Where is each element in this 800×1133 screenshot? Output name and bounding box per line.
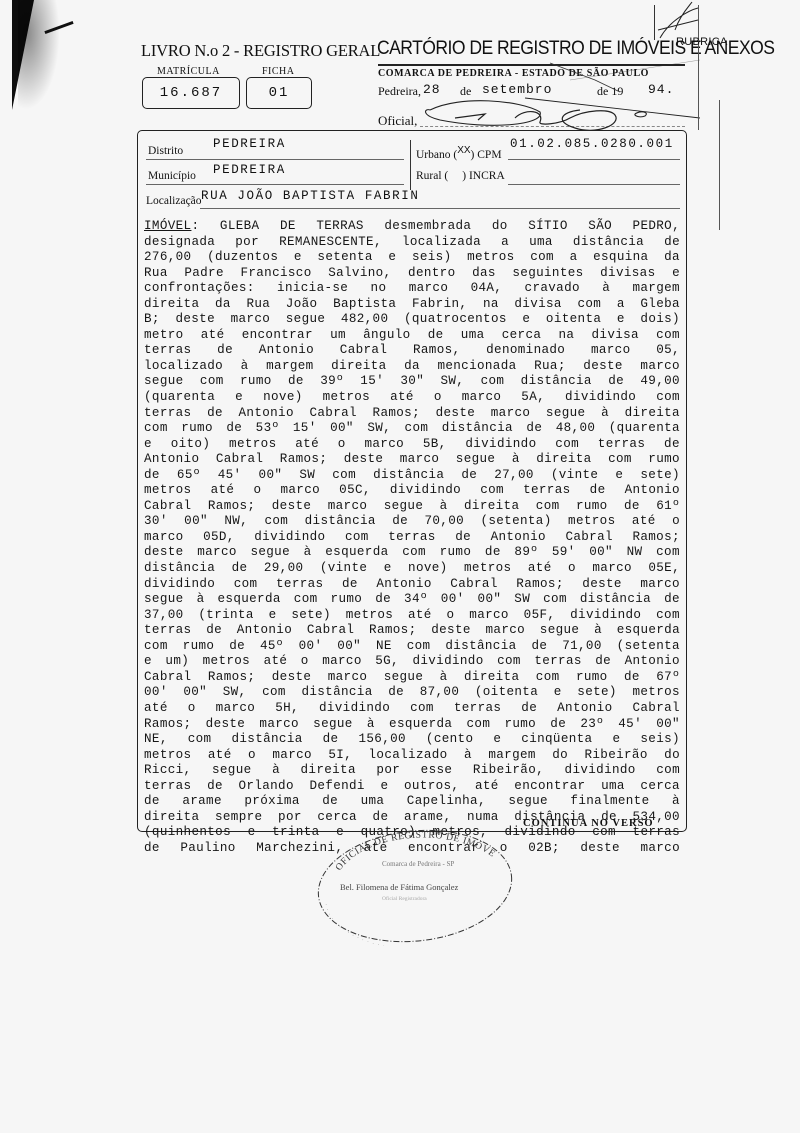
description-line: 30'00"NW,comdistânciade70,00(setenta)met… xyxy=(144,514,680,530)
description-line: CabralRamos;destemarcosegueàdireitacomru… xyxy=(144,670,680,686)
urbano-label: Urbano (XX) CPM xyxy=(416,145,502,161)
description-line: eoito)metrosatéomarco5B,dividindocomterr… xyxy=(144,437,680,453)
ficha-value: 01 xyxy=(269,85,290,101)
description-line: NE,comdistânciade156,00(centoecinqüentae… xyxy=(144,732,680,748)
description-line: confrontações:inicia-senomarco04A,cravad… xyxy=(144,281,680,297)
description-line: 37,00(trintaesete)metrosatéomarco05F,div… xyxy=(144,608,680,624)
municipio-underline xyxy=(146,184,404,185)
stamp-role-text: Oficial Registradora xyxy=(382,895,427,902)
ficha-field: 01 xyxy=(246,77,312,109)
ficha-label: FICHA xyxy=(262,66,295,77)
description-line: distânciade29,00(vinteenove)metrosatéoma… xyxy=(144,561,680,577)
description-line: seguecomrumode39º15'30"SW,comdistânciade… xyxy=(144,374,680,390)
municipio-value: PEDREIRA xyxy=(213,163,286,177)
localizacao-label: Localização xyxy=(146,195,202,207)
municipio-label: Município xyxy=(148,170,196,182)
localizacao-underline xyxy=(200,208,680,209)
description-line: dividindocomterrasdeAntonioCabralRamos;d… xyxy=(144,577,680,593)
description-line: atéomarco5H,dividindocomterrasdeAntonioC… xyxy=(144,701,680,717)
description-line: 00'00"SW,comdistânciade87,00(oitentaeset… xyxy=(144,685,680,701)
distrito-underline xyxy=(146,159,404,160)
description-line: eum)metrosatéomarco5G,dividindocomterras… xyxy=(144,654,680,670)
description-line: AntonioCabralRamos;destemarcosegueàdirei… xyxy=(144,452,680,468)
continua-no-verso: CONTINUA NO VERSO xyxy=(523,818,654,829)
description-line: metroatéencontrarumângulodeumacercanadiv… xyxy=(144,328,680,344)
rubrica-label: RUBRICA xyxy=(676,36,728,48)
matricula-field: 16.687 xyxy=(142,77,240,109)
stamp-name-text: Bel. Filomena de Fátima Gonçalez xyxy=(340,882,458,892)
description-line: RuaPadreFranciscoSalvino,dentrodasseguin… xyxy=(144,266,680,282)
description-line: B;destemarcosegue482,00(quatrocentoseoit… xyxy=(144,312,680,328)
distrito-value: PEDREIRA xyxy=(213,137,286,151)
description-line: terrasdeAntonioCabralRamos,denominadomar… xyxy=(144,343,680,359)
description-line: comrumode53º15'00"SW,comdistânciade48,00… xyxy=(144,421,680,437)
matricula-value: 16.687 xyxy=(160,85,222,101)
imovel-label: IMÓVEL xyxy=(144,219,191,233)
description-line: marco05D,dividindocomterrasdeAntonioCabr… xyxy=(144,530,680,546)
scan-edge-noise xyxy=(18,0,60,110)
description-line: de65º45'00"SWcomdistânciade27,00(vintees… xyxy=(144,468,680,484)
rural-label: Rural () INCRA xyxy=(416,170,505,182)
description-line: metrosatéomarco05C,dividindocomterrasdeA… xyxy=(144,483,680,499)
urbano-text: Urbano ( xyxy=(416,149,457,161)
column-divider xyxy=(410,140,411,190)
description-line: direitadaRuaJoãoBaptistaFabrin,nadivisac… xyxy=(144,297,680,313)
description-line: comrumode45º00'00"NEcomdistânciade71,00(… xyxy=(144,639,680,655)
description-line: destemarcosegueàesquerdacomrumode89º59'0… xyxy=(144,545,680,561)
description-line: 276,00(duzentosesetentaeseis)metroscomae… xyxy=(144,250,680,266)
registry-stamp: OFICIAL DE REGISTRO DE IMÓVEIS Comarca d… xyxy=(312,826,517,946)
description-line: metrosatéomarco5I,localizadoàmargemdoRib… xyxy=(144,748,680,764)
localizacao-value: RUA JOÃO BAPTISTA FABRIN xyxy=(201,189,419,203)
margin-line xyxy=(719,100,720,230)
cpm-value: 01.02.085.0280.001 xyxy=(510,137,674,151)
incra-underline xyxy=(508,184,680,185)
property-description: IMÓVEL:GLEBADETERRASdesmembradadoSÍTIOSÃ… xyxy=(144,219,680,856)
description-line: terrasdeAntonioCabralRamos;destemarcoseg… xyxy=(144,406,680,422)
incra-text: ) INCRA xyxy=(462,170,505,182)
description-line: Ricci,segueàdireitaporesseRibeirão,divid… xyxy=(144,763,680,779)
matricula-label: MATRÍCULA xyxy=(157,66,220,77)
description-line: IMÓVEL:GLEBADETERRASdesmembradadoSÍTIOSÃ… xyxy=(144,219,680,235)
description-line: (quarentaenove)metrosatéomarco5A,dividin… xyxy=(144,390,680,406)
description-line: dearamepróximadeumaCapelinha,seguefinalm… xyxy=(144,794,680,810)
rural-text: Rural ( xyxy=(416,170,448,182)
description-line: CabralRamos;destemarcosegueàdireitacomru… xyxy=(144,499,680,515)
distrito-label: Distrito xyxy=(148,145,183,157)
urbano-mark: XX xyxy=(457,145,470,156)
book-title: LIVRO N.o 2 - REGISTRO GERAL xyxy=(141,41,380,61)
description-line: Ramos;destemarcosegueàesquerdacomrumode2… xyxy=(144,717,680,733)
description-line: segueàesquerdacomrumode34º00'00"SWcomdis… xyxy=(144,592,680,608)
description-line: terrasdeAntonioCabralRamos;destemarcoseg… xyxy=(144,623,680,639)
description-line: designadaporREMANESCENTE,localizadaaumad… xyxy=(144,235,680,251)
cpm-text: ) CPM xyxy=(471,149,502,161)
stamp-sub-text: Comarca de Pedreira - SP xyxy=(382,860,454,868)
description-line: localizadoàmargemdireitadamencionadaRua;… xyxy=(144,359,680,375)
cpm-underline xyxy=(508,159,680,160)
description-line: terrasdeOrlandoDefendieoutros,atéencontr… xyxy=(144,779,680,795)
